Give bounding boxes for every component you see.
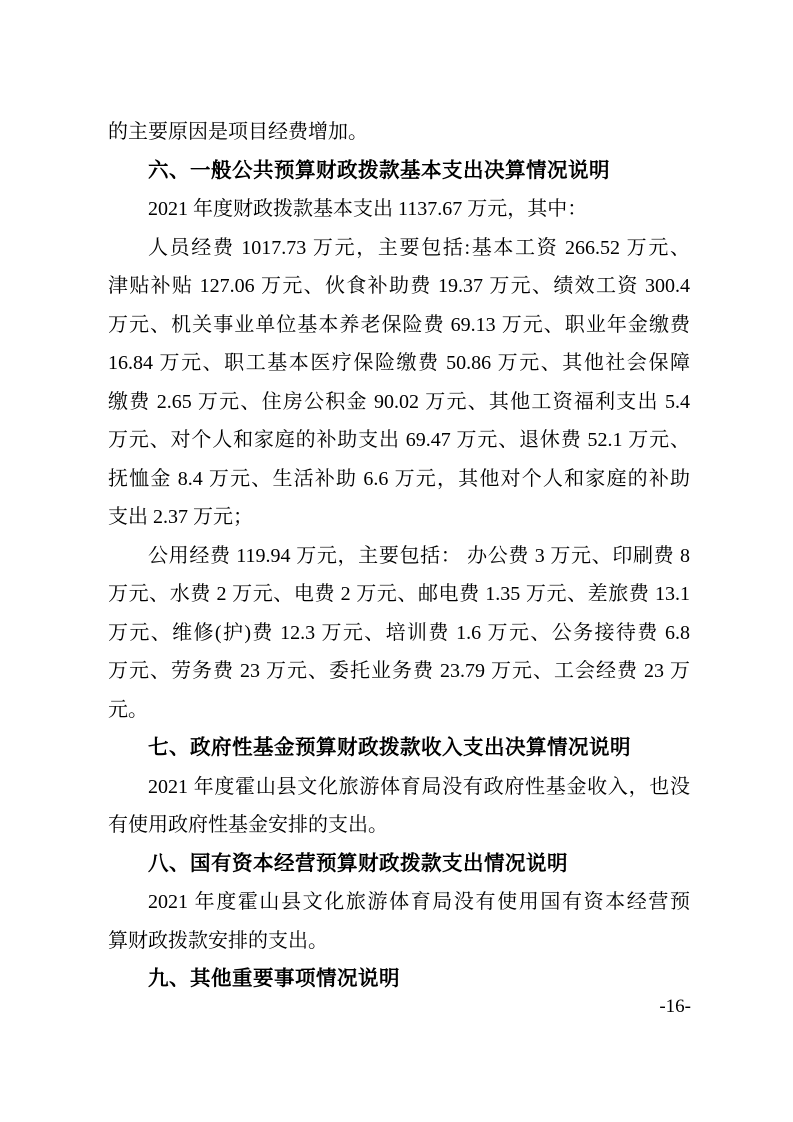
document-page: 的主要原因是项目经费增加。六、一般公共预算财政拨款基本支出决算情况说明2021 … — [0, 0, 793, 1122]
paragraph: 2021 年度霍山县文化旅游体育局没有政府性基金收入，也没有使用政府性基金安排的… — [108, 768, 690, 845]
paragraph-line: 万元、维修(护)费 12.3 万元、培训费 1.6 万元、公务接待费 6.8 — [108, 614, 690, 653]
section-heading: 六、一般公共预算财政拨款基本支出决算情况说明 — [108, 152, 690, 191]
paragraph: 公用经费 119.94 万元，主要包括： 办公费 3 万元、印刷费 8万元、水费… — [108, 537, 690, 730]
paragraph-line: 万元、对个人和家庭的补助支出 69.47 万元、退休费 52.1 万元、 — [108, 421, 690, 460]
paragraph-line: 算财政拨款安排的支出。 — [108, 922, 690, 961]
paragraph-line: 支出 2.37 万元； — [108, 498, 690, 537]
paragraph-line: 缴费 2.65 万元、住房公积金 90.02 万元、其他工资福利支出 5.4 — [108, 383, 690, 422]
paragraph-line: 津贴补贴 127.06 万元、伙食补助费 19.37 万元、绩效工资 300.4 — [108, 267, 690, 306]
paragraph-line: 2021 年度霍山县文化旅游体育局没有政府性基金收入，也没 — [108, 768, 690, 807]
paragraph-line: 万元、水费 2 万元、电费 2 万元、邮电费 1.35 万元、差旅费 13.1 — [108, 575, 690, 614]
paragraph-line: 有使用政府性基金安排的支出。 — [108, 806, 690, 845]
paragraph-line: 2021 年度霍山县文化旅游体育局没有使用国有资本经营预 — [108, 883, 690, 922]
paragraph-line: 的主要原因是项目经费增加。 — [108, 113, 690, 152]
heading-text: 七、政府性基金预算财政拨款收入支出决算情况说明 — [108, 729, 690, 768]
paragraph-line: 2021 年度财政拨款基本支出 1137.67 万元，其中： — [108, 190, 690, 229]
heading-text: 九、其他重要事项情况说明 — [108, 960, 690, 999]
paragraph: 人员经费 1017.73 万元，主要包括:基本工资 266.52 万元、津贴补贴… — [108, 229, 690, 537]
paragraph-line: 16.84 万元、职工基本医疗保险缴费 50.86 万元、其他社会保障 — [108, 344, 690, 383]
section-heading: 八、国有资本经营预算财政拨款支出情况说明 — [108, 845, 690, 884]
page-number: -16- — [659, 996, 691, 1018]
paragraph-line: 公用经费 119.94 万元，主要包括： 办公费 3 万元、印刷费 8 — [108, 537, 690, 576]
paragraph-line: 抚恤金 8.4 万元、生活补助 6.6 万元，其他对个人和家庭的补助 — [108, 460, 690, 499]
paragraph-line: 人员经费 1017.73 万元，主要包括:基本工资 266.52 万元、 — [108, 229, 690, 268]
paragraph-line: 万元、劳务费 23 万元、委托业务费 23.79 万元、工会经费 23 万 — [108, 652, 690, 691]
heading-text: 八、国有资本经营预算财政拨款支出情况说明 — [108, 845, 690, 884]
heading-text: 六、一般公共预算财政拨款基本支出决算情况说明 — [108, 152, 690, 191]
paragraph-line: 元。 — [108, 691, 690, 730]
section-heading: 七、政府性基金预算财政拨款收入支出决算情况说明 — [108, 729, 690, 768]
paragraph: 的主要原因是项目经费增加。 — [108, 113, 690, 152]
section-heading: 九、其他重要事项情况说明 — [108, 960, 690, 999]
paragraph: 2021 年度霍山县文化旅游体育局没有使用国有资本经营预算财政拨款安排的支出。 — [108, 883, 690, 960]
paragraph: 2021 年度财政拨款基本支出 1137.67 万元，其中： — [108, 190, 690, 229]
document-body: 的主要原因是项目经费增加。六、一般公共预算财政拨款基本支出决算情况说明2021 … — [108, 113, 690, 999]
paragraph-line: 万元、机关事业单位基本养老保险费 69.13 万元、职业年金缴费 — [108, 306, 690, 345]
